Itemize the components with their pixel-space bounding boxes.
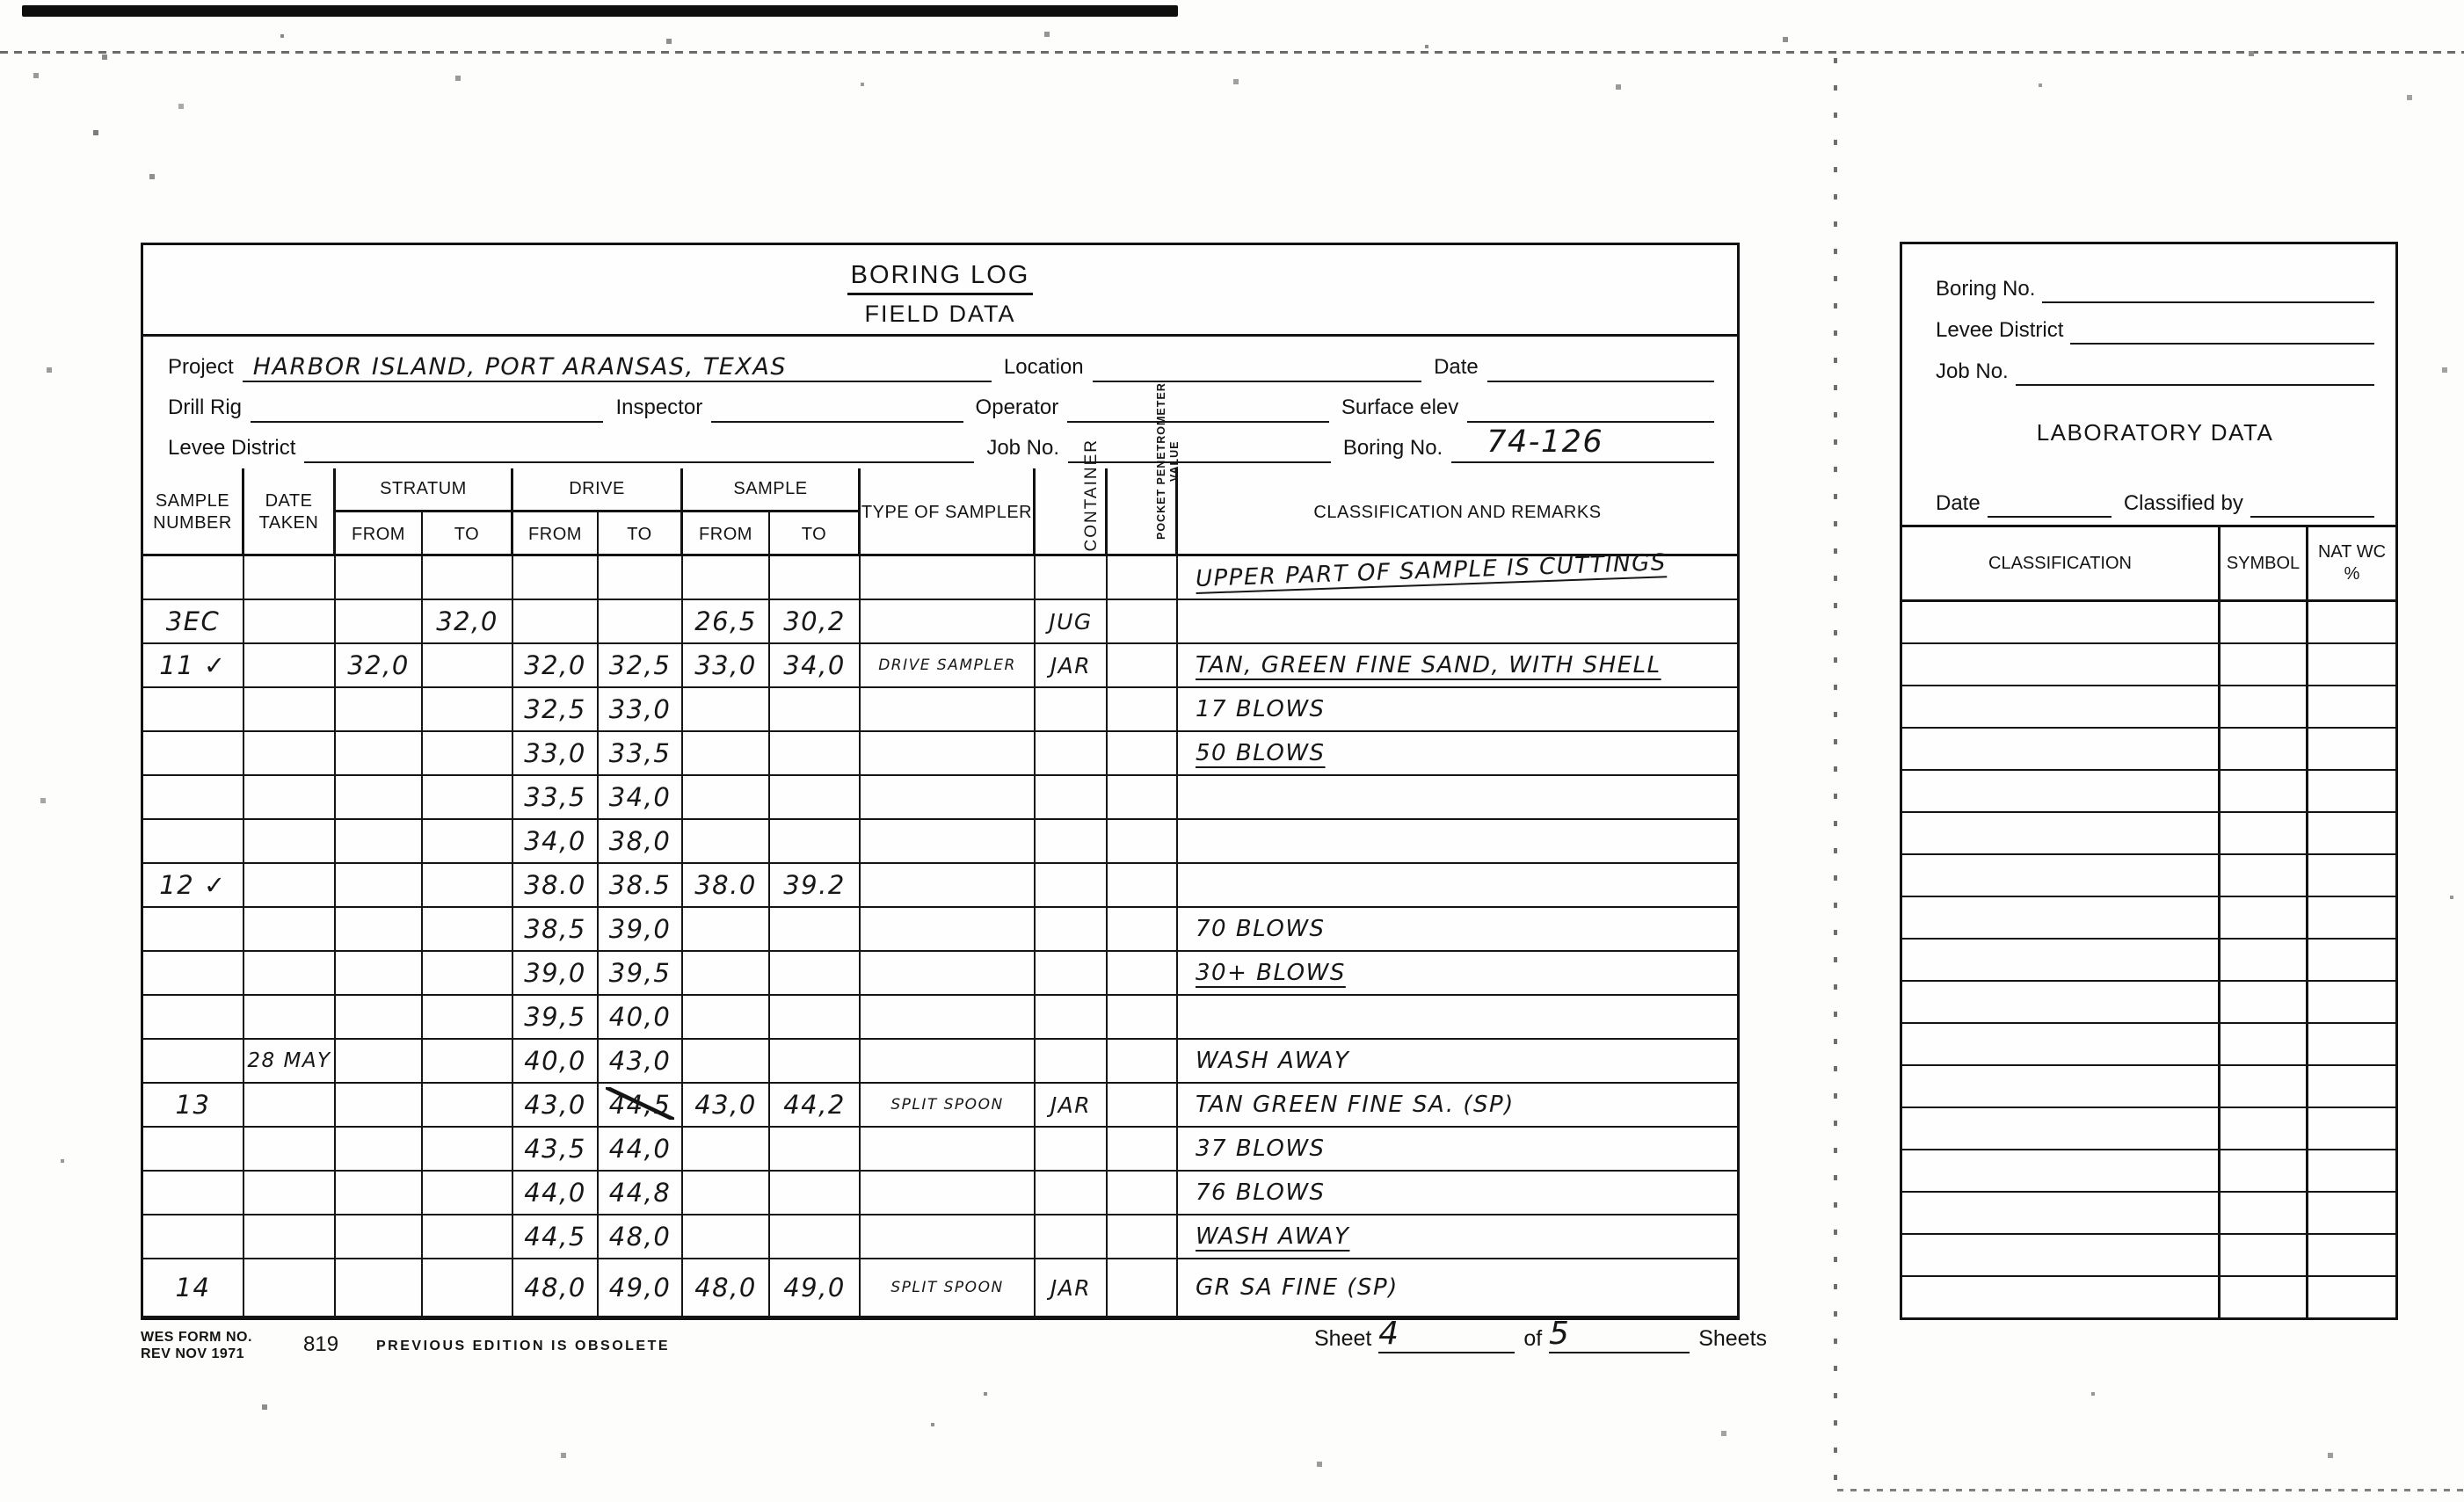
date-field — [1487, 351, 1714, 382]
lab-cell-nat-wc — [2308, 940, 2395, 982]
cell-drive-from — [513, 556, 599, 600]
cell-sample-from — [683, 1128, 770, 1172]
lab-cell-nat-wc — [2308, 1108, 2395, 1150]
cell-date-taken — [244, 864, 336, 908]
cell-pocket-penetrometer — [1108, 1259, 1178, 1317]
table-row: 44,044,876 BLOWS — [143, 1172, 1737, 1215]
cell-date-taken — [244, 1172, 336, 1215]
cell-drive-to: 38,0 — [599, 820, 683, 864]
lab-cell-classification — [1902, 1277, 2221, 1317]
field-table-header: SAMPLE NUMBER DATE TAKEN STRATUM DRIVE S… — [143, 468, 1737, 556]
cell-drive-to: 38.5 — [599, 864, 683, 908]
cell-container: JUG — [1036, 600, 1108, 644]
cell-drive-to: 39,5 — [599, 952, 683, 996]
cell-sample-to: 44,2 — [770, 1084, 861, 1128]
cell-stratum-from — [336, 600, 423, 644]
header-sample: SAMPLE — [683, 468, 861, 512]
lab-cell-symbol — [2221, 897, 2308, 940]
handwritten-value: 30+ BLOWS — [1196, 961, 1346, 984]
cell-drive-to: 49,0 — [599, 1259, 683, 1317]
lab-table-row — [1902, 855, 2395, 897]
handwritten-value: 34,0 — [524, 829, 586, 854]
project-value: HARBOR ISLAND, PORT ARANSAS, TEXAS — [253, 353, 787, 381]
lab-cell-classification — [1902, 644, 2221, 686]
cell-drive-to: 44,8 — [599, 1172, 683, 1215]
header-date-taken: DATE TAKEN — [244, 468, 336, 556]
cell-drive-from — [513, 600, 599, 644]
handwritten-value: SPLIT SPOON — [890, 1281, 1003, 1295]
handwritten-value: 40,0 — [609, 1005, 672, 1030]
cell-sample-number: 13 — [143, 1084, 244, 1128]
cell-sample-to: 39.2 — [770, 864, 861, 908]
table-row: UPPER PART OF SAMPLE IS CUTTINGS — [143, 556, 1737, 600]
cell-classification-remarks: GR SA FINE (SP) — [1178, 1259, 1737, 1317]
lab-levee-district-field — [2070, 315, 2374, 345]
lab-classified-by-label: Classified by — [2124, 491, 2250, 518]
inspector-field — [711, 391, 963, 423]
cell-sample-to — [770, 556, 861, 600]
cell-classification-remarks: WASH AWAY — [1178, 1040, 1737, 1084]
cell-stratum-to — [423, 556, 513, 600]
cell-pocket-penetrometer — [1108, 1172, 1178, 1215]
handwritten-value: 38.0 — [524, 873, 586, 898]
cell-stratum-to — [423, 1084, 513, 1128]
cell-classification-remarks: 17 BLOWS — [1178, 688, 1737, 732]
lab-cell-symbol — [2221, 940, 2308, 982]
cell-sample-to — [770, 1128, 861, 1172]
cell-drive-from: 32,0 — [513, 644, 599, 688]
handwritten-value: 39.2 — [783, 873, 846, 898]
lab-date-field — [1988, 488, 2111, 518]
cell-pocket-penetrometer — [1108, 556, 1178, 600]
handwritten-value: 43,0 — [609, 1048, 672, 1074]
cell-stratum-to — [423, 1172, 513, 1215]
cell-drive-from: 39,5 — [513, 996, 599, 1040]
table-row: 12 ✓38.038.538.039.2 — [143, 864, 1737, 908]
cell-container — [1036, 688, 1108, 732]
scan-artifact-bar — [22, 5, 1178, 17]
handwritten-value: DRIVE SAMPLER — [878, 658, 1016, 673]
sheets-total-field: 5 — [1549, 1317, 1690, 1353]
lab-table-row — [1902, 813, 2395, 855]
cell-classification-remarks — [1178, 820, 1737, 864]
header-sample-number: SAMPLE NUMBER — [143, 468, 244, 556]
handwritten-value: 50 BLOWS — [1196, 742, 1326, 765]
form-subtitle: FIELD DATA — [143, 301, 1737, 328]
handwritten-value: GR SA FINE (SP) — [1196, 1276, 1399, 1299]
cell-date-taken — [244, 688, 336, 732]
cell-type-of-sampler — [861, 556, 1036, 600]
lab-cell-classification — [1902, 771, 2221, 813]
cell-sample-from — [683, 776, 770, 820]
lab-cell-classification — [1902, 1066, 2221, 1108]
lab-table-row — [1902, 1277, 2395, 1317]
cell-date-taken — [244, 644, 336, 688]
project-label: Project — [168, 355, 243, 382]
cell-drive-from: 33,5 — [513, 776, 599, 820]
handwritten-value: 33,5 — [609, 741, 672, 766]
cell-sample-number — [143, 776, 244, 820]
location-label: Location — [1004, 355, 1093, 382]
cell-stratum-from — [336, 1084, 423, 1128]
info-row-drillrig: Drill Rig Inspector Operator Surface ele… — [168, 382, 1714, 423]
handwritten-value: 44,0 — [524, 1180, 586, 1206]
handwritten-value: 48,0 — [524, 1275, 586, 1301]
cell-date-taken — [244, 908, 336, 952]
header-sample-from: FROM — [683, 512, 770, 556]
handwritten-value: 3EC — [166, 609, 221, 635]
lab-cell-symbol — [2221, 855, 2308, 897]
cell-pocket-penetrometer — [1108, 1128, 1178, 1172]
cell-type-of-sampler — [861, 1128, 1036, 1172]
sheet-counter: Sheet 4 of 5 Sheets — [1314, 1317, 1774, 1353]
cell-sample-from — [683, 732, 770, 776]
cell-date-taken — [244, 1084, 336, 1128]
lab-cell-nat-wc — [2308, 771, 2395, 813]
cell-type-of-sampler — [861, 820, 1036, 864]
cell-stratum-to — [423, 1259, 513, 1317]
lab-cell-symbol — [2221, 982, 2308, 1024]
handwritten-value: 34,0 — [783, 653, 846, 678]
cell-type-of-sampler — [861, 688, 1036, 732]
laboratory-data-panel: Boring No. Levee District Job No. LABORA… — [1900, 242, 2398, 1320]
cell-sample-to — [770, 732, 861, 776]
sheet-label: Sheet — [1314, 1326, 1378, 1353]
handwritten-value: JAR — [1050, 655, 1091, 677]
cell-date-taken — [244, 556, 336, 600]
lab-job-no-field — [2016, 356, 2374, 386]
cell-type-of-sampler — [861, 1172, 1036, 1215]
lab-job-no-label: Job No. — [1936, 359, 2016, 386]
cell-stratum-to — [423, 644, 513, 688]
handwritten-value: 37 BLOWS — [1196, 1137, 1326, 1160]
sheet-number-value: 4 — [1378, 1316, 1399, 1352]
handwritten-value: 28 MAY — [247, 1051, 331, 1071]
lab-cell-classification — [1902, 1235, 2221, 1277]
lab-cell-symbol — [2221, 1108, 2308, 1150]
cell-sample-number — [143, 952, 244, 996]
lab-cell-nat-wc — [2308, 813, 2395, 855]
lab-table-row — [1902, 771, 2395, 813]
lab-cell-symbol — [2221, 729, 2308, 771]
header-drive: DRIVE — [513, 468, 683, 512]
handwritten-value: 34,0 — [609, 785, 672, 810]
cell-container — [1036, 776, 1108, 820]
table-row: 3EC32,026,530,2JUG — [143, 600, 1737, 644]
lab-cell-symbol — [2221, 1277, 2308, 1317]
handwritten-value: 76 BLOWS — [1196, 1181, 1326, 1204]
cell-drive-to: 44,5 — [599, 1084, 683, 1128]
cell-container — [1036, 556, 1108, 600]
lab-table-row — [1902, 644, 2395, 686]
cell-sample-number — [143, 1128, 244, 1172]
handwritten-value: WASH AWAY — [1196, 1225, 1349, 1248]
cell-container — [1036, 1172, 1108, 1215]
handwritten-value: 33,0 — [609, 697, 672, 722]
cell-type-of-sampler — [861, 732, 1036, 776]
handwritten-value: 48,0 — [694, 1275, 757, 1301]
cell-drive-to: 34,0 — [599, 776, 683, 820]
boring-log-form: BORING LOG FIELD DATA Project HARBOR ISL… — [141, 243, 1740, 1320]
cell-sample-number — [143, 996, 244, 1040]
lab-cell-symbol — [2221, 602, 2308, 644]
handwritten-value: WASH AWAY — [1196, 1049, 1349, 1072]
cell-drive-from: 48,0 — [513, 1259, 599, 1317]
info-row-levee: Levee District Job No. Boring No. 74-126 — [168, 423, 1714, 463]
cell-container — [1036, 1215, 1108, 1259]
lab-table-body — [1902, 602, 2395, 1317]
cell-drive-to: 48,0 — [599, 1215, 683, 1259]
drill-rig-label: Drill Rig — [168, 395, 251, 423]
table-row: 11 ✓32,032,032,533,034,0DRIVE SAMPLERJAR… — [143, 644, 1737, 688]
cell-classification-remarks: 70 BLOWS — [1178, 908, 1737, 952]
lab-cell-nat-wc — [2308, 1235, 2395, 1277]
handwritten-value: 33,0 — [524, 741, 586, 766]
form-info-section: Project HARBOR ISLAND, PORT ARANSAS, TEX… — [143, 337, 1737, 468]
lab-boring-no-label: Boring No. — [1936, 277, 2042, 303]
table-row: 28 MAY40,043,0WASH AWAY — [143, 1040, 1737, 1084]
handwritten-value: 38,5 — [524, 917, 586, 942]
cell-type-of-sampler: SPLIT SPOON — [861, 1084, 1036, 1128]
scan-specks — [0, 0, 2, 2]
cell-date-taken — [244, 996, 336, 1040]
cell-stratum-to — [423, 688, 513, 732]
lab-cell-nat-wc — [2308, 1193, 2395, 1235]
header-stratum-from: FROM — [336, 512, 423, 556]
lab-cell-nat-wc — [2308, 1150, 2395, 1193]
cell-drive-to — [599, 600, 683, 644]
lab-table-row — [1902, 940, 2395, 982]
lab-table-row — [1902, 1024, 2395, 1066]
lab-table-row — [1902, 1108, 2395, 1150]
lab-cell-nat-wc — [2308, 982, 2395, 1024]
table-row: 33,033,550 BLOWS — [143, 732, 1737, 776]
handwritten-value: JUG — [1049, 611, 1093, 633]
handwritten-value: 70 BLOWS — [1196, 918, 1326, 940]
table-row: 33,534,0 — [143, 776, 1737, 820]
lab-cell-classification — [1902, 1150, 2221, 1193]
cell-classification-remarks — [1178, 864, 1737, 908]
handwritten-value: SPLIT SPOON — [890, 1098, 1003, 1113]
cell-sample-number — [143, 556, 244, 600]
cell-sample-number: 3EC — [143, 600, 244, 644]
lab-cell-classification — [1902, 982, 2221, 1024]
cell-sample-to — [770, 908, 861, 952]
cell-classification-remarks: UPPER PART OF SAMPLE IS CUTTINGS — [1178, 556, 1737, 600]
surface-elev-field — [1467, 391, 1714, 423]
cell-sample-number: 14 — [143, 1259, 244, 1317]
cell-drive-to: 43,0 — [599, 1040, 683, 1084]
cell-sample-from: 43,0 — [683, 1084, 770, 1128]
handwritten-value: 40,0 — [524, 1048, 586, 1074]
lab-header-symbol: SYMBOL — [2221, 527, 2308, 599]
handwritten-value: 44,0 — [609, 1136, 672, 1162]
cell-sample-number — [143, 688, 244, 732]
handwritten-value: 38.5 — [609, 873, 672, 898]
lab-levee-district-row: Levee District — [1936, 303, 2374, 345]
cell-container — [1036, 864, 1108, 908]
cell-drive-from: 40,0 — [513, 1040, 599, 1084]
cell-drive-from: 43,0 — [513, 1084, 599, 1128]
handwritten-value: JAR — [1050, 1094, 1091, 1116]
cell-sample-number — [143, 1172, 244, 1215]
cell-sample-from — [683, 952, 770, 996]
cell-drive-to: 33,0 — [599, 688, 683, 732]
cell-container — [1036, 1128, 1108, 1172]
location-field — [1093, 351, 1421, 382]
cell-stratum-from — [336, 688, 423, 732]
cell-classification-remarks: 37 BLOWS — [1178, 1128, 1737, 1172]
cell-drive-from: 34,0 — [513, 820, 599, 864]
lab-job-no-row: Job No. — [1936, 345, 2374, 386]
lab-table-row — [1902, 1150, 2395, 1193]
cell-sample-to — [770, 1215, 861, 1259]
lab-cell-classification — [1902, 940, 2221, 982]
cell-stratum-from — [336, 864, 423, 908]
field-table-body: UPPER PART OF SAMPLE IS CUTTINGS3EC32,02… — [143, 556, 1737, 1317]
cell-drive-to: 39,0 — [599, 908, 683, 952]
cell-stratum-to — [423, 820, 513, 864]
cell-stratum-from — [336, 732, 423, 776]
cell-sample-to: 30,2 — [770, 600, 861, 644]
sheets-label: Sheets — [1698, 1326, 1774, 1353]
cell-stratum-to — [423, 908, 513, 952]
lab-boring-no-row: Boring No. — [1936, 262, 2374, 303]
lab-cell-classification — [1902, 855, 2221, 897]
lab-cell-nat-wc — [2308, 897, 2395, 940]
cell-sample-to — [770, 820, 861, 864]
lab-cell-symbol — [2221, 813, 2308, 855]
lab-cell-classification — [1902, 1108, 2221, 1150]
cell-drive-to: 44,0 — [599, 1128, 683, 1172]
cell-container: JAR — [1036, 644, 1108, 688]
handwritten-value: 44,8 — [609, 1180, 672, 1206]
cell-date-taken — [244, 820, 336, 864]
cell-stratum-to — [423, 1215, 513, 1259]
lab-cell-classification — [1902, 602, 2221, 644]
pocket-penetrometer-vertical-label: POCKET PENETROMETER VALUE — [1155, 371, 1181, 551]
cell-sample-from — [683, 1172, 770, 1215]
cell-sample-from — [683, 688, 770, 732]
form-no-line2: REV NOV 1971 — [141, 1346, 252, 1362]
cell-sample-from: 33,0 — [683, 644, 770, 688]
cell-type-of-sampler: SPLIT SPOON — [861, 1259, 1036, 1317]
cell-sample-from — [683, 996, 770, 1040]
table-row: 39,039,530+ BLOWS — [143, 952, 1737, 996]
handwritten-value: 30,2 — [783, 609, 846, 635]
cell-type-of-sampler — [861, 1215, 1036, 1259]
lab-cell-nat-wc — [2308, 686, 2395, 729]
cell-pocket-penetrometer — [1108, 776, 1178, 820]
cell-classification-remarks: 50 BLOWS — [1178, 732, 1737, 776]
cell-drive-from: 38,5 — [513, 908, 599, 952]
handwritten-value: UPPER PART OF SAMPLE IS CUTTINGS — [1196, 551, 1668, 591]
lab-cell-classification — [1902, 686, 2221, 729]
cell-sample-to: 34,0 — [770, 644, 861, 688]
lab-cell-nat-wc — [2308, 602, 2395, 644]
handwritten-value: TAN GREEN FINE SA. (SP) — [1196, 1093, 1515, 1116]
perforation-line-bottom — [1837, 1489, 2464, 1491]
cell-sample-number — [143, 1215, 244, 1259]
handwritten-value: 49,0 — [609, 1275, 672, 1301]
table-row: 1448,049,048,049,0SPLIT SPOONJARGR SA FI… — [143, 1259, 1737, 1317]
cell-type-of-sampler — [861, 1040, 1036, 1084]
lab-table-row — [1902, 686, 2395, 729]
handwritten-value: 49,0 — [783, 1275, 846, 1301]
cell-drive-to: 40,0 — [599, 996, 683, 1040]
perforation-line-top — [0, 51, 2464, 54]
boring-no-value: 74-126 — [1486, 424, 1603, 460]
cell-stratum-from — [336, 952, 423, 996]
perforation-line-vertical — [1834, 58, 1837, 1491]
surface-elev-label: Surface elev — [1341, 395, 1467, 423]
handwritten-value: 43,0 — [694, 1092, 757, 1118]
cell-sample-to — [770, 688, 861, 732]
cell-stratum-to — [423, 732, 513, 776]
cell-sample-to — [770, 952, 861, 996]
operator-label: Operator — [976, 395, 1068, 423]
cell-pocket-penetrometer — [1108, 688, 1178, 732]
cell-drive-from: 38.0 — [513, 864, 599, 908]
cell-pocket-penetrometer — [1108, 1040, 1178, 1084]
cell-date-taken — [244, 1259, 336, 1317]
lab-cell-symbol — [2221, 1235, 2308, 1277]
handwritten-value: 43,5 — [524, 1136, 586, 1162]
handwritten-value: 38,0 — [609, 829, 672, 854]
of-label: of — [1523, 1326, 1549, 1353]
cell-date-taken — [244, 600, 336, 644]
lab-levee-district-label: Levee District — [1936, 318, 2070, 345]
cell-sample-to — [770, 1172, 861, 1215]
cell-type-of-sampler — [861, 952, 1036, 996]
cell-sample-number: 11 ✓ — [143, 644, 244, 688]
lab-cell-symbol — [2221, 1024, 2308, 1066]
cell-stratum-from — [336, 1215, 423, 1259]
lab-cell-classification — [1902, 1024, 2221, 1066]
table-row: 1343,044,543,044,2SPLIT SPOONJARTAN GREE… — [143, 1084, 1737, 1128]
lab-table-row — [1902, 982, 2395, 1024]
cell-stratum-from — [336, 908, 423, 952]
table-row: 38,539,070 BLOWS — [143, 908, 1737, 952]
handwritten-value: TAN, GREEN FINE SAND, WITH SHELL — [1196, 654, 1661, 677]
sheet-number-field: 4 — [1378, 1317, 1515, 1353]
cell-drive-from: 44,5 — [513, 1215, 599, 1259]
handwritten-value: 14 — [176, 1275, 211, 1301]
container-vertical-label: CONTAINER — [1080, 439, 1101, 551]
boring-no-field: 74-126 — [1451, 432, 1714, 463]
lab-cell-classification — [1902, 813, 2221, 855]
cell-stratum-from — [336, 1259, 423, 1317]
handwritten-value: 32,0 — [347, 653, 410, 678]
cell-stratum-to — [423, 996, 513, 1040]
info-row-project: Project HARBOR ISLAND, PORT ARANSAS, TEX… — [168, 342, 1714, 382]
handwritten-value: 11 ✓ — [159, 653, 226, 678]
levee-district-label: Levee District — [168, 436, 304, 463]
cell-pocket-penetrometer — [1108, 644, 1178, 688]
cell-drive-from: 43,5 — [513, 1128, 599, 1172]
lab-cell-symbol — [2221, 1066, 2308, 1108]
handwritten-value: 43,0 — [524, 1092, 586, 1118]
handwritten-value: 33,0 — [694, 653, 757, 678]
cell-container — [1036, 820, 1108, 864]
lab-header-nat-wc: NAT WC % — [2308, 527, 2395, 599]
handwritten-value: 33,5 — [524, 785, 586, 810]
lab-table-row — [1902, 1066, 2395, 1108]
job-no-label: Job No. — [986, 436, 1068, 463]
handwritten-value: 32,0 — [524, 653, 586, 678]
operator-field — [1067, 391, 1329, 423]
date-label: Date — [1434, 355, 1487, 382]
